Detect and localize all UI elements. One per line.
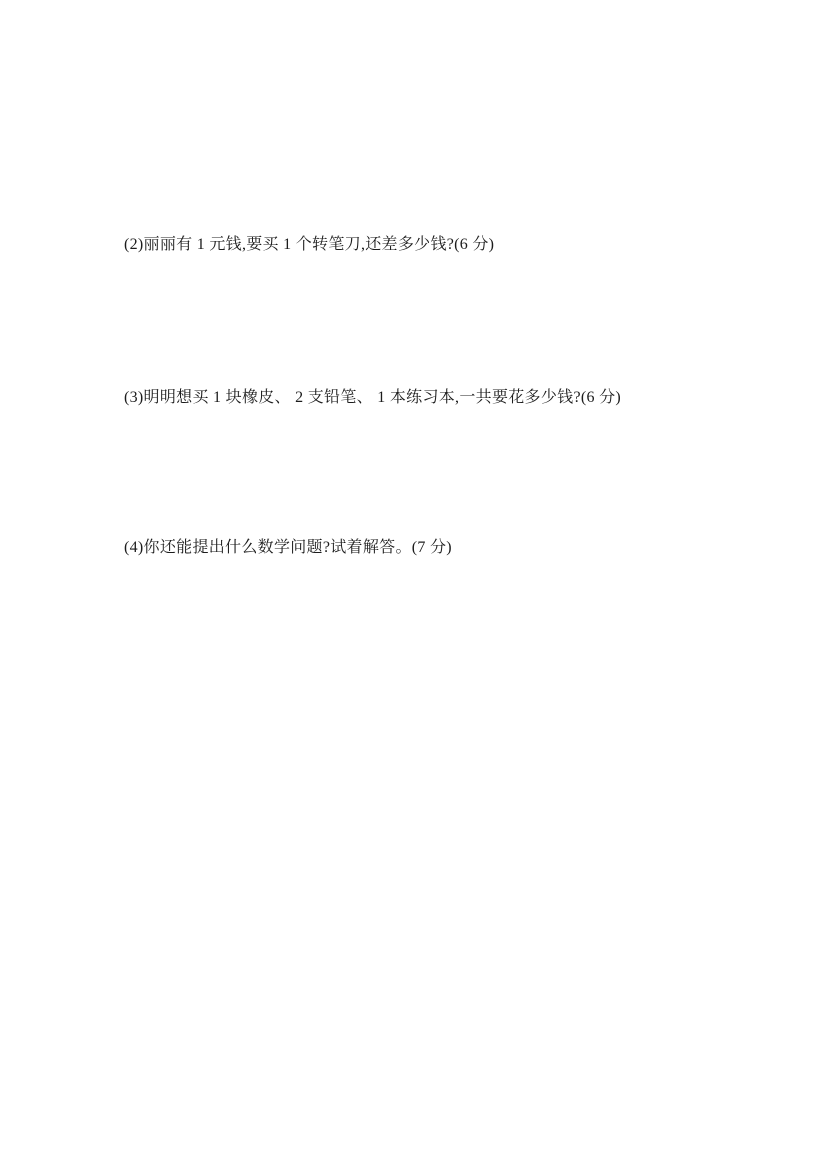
question-2-text: (2)丽丽有 1 元钱,要买 1 个转笔刀,还差多少钱?(6 分) — [124, 235, 494, 254]
question-3-text: (3)明明想买 1 块橡皮、 2 支铅笔、 1 本练习本,一共要花多少钱?(6 … — [124, 388, 621, 407]
worksheet-page: (2)丽丽有 1 元钱,要买 1 个转笔刀,还差多少钱?(6 分) (3)明明想… — [0, 0, 827, 1169]
question-4-text: (4)你还能提出什么数学问题?试着解答。(7 分) — [124, 538, 452, 557]
